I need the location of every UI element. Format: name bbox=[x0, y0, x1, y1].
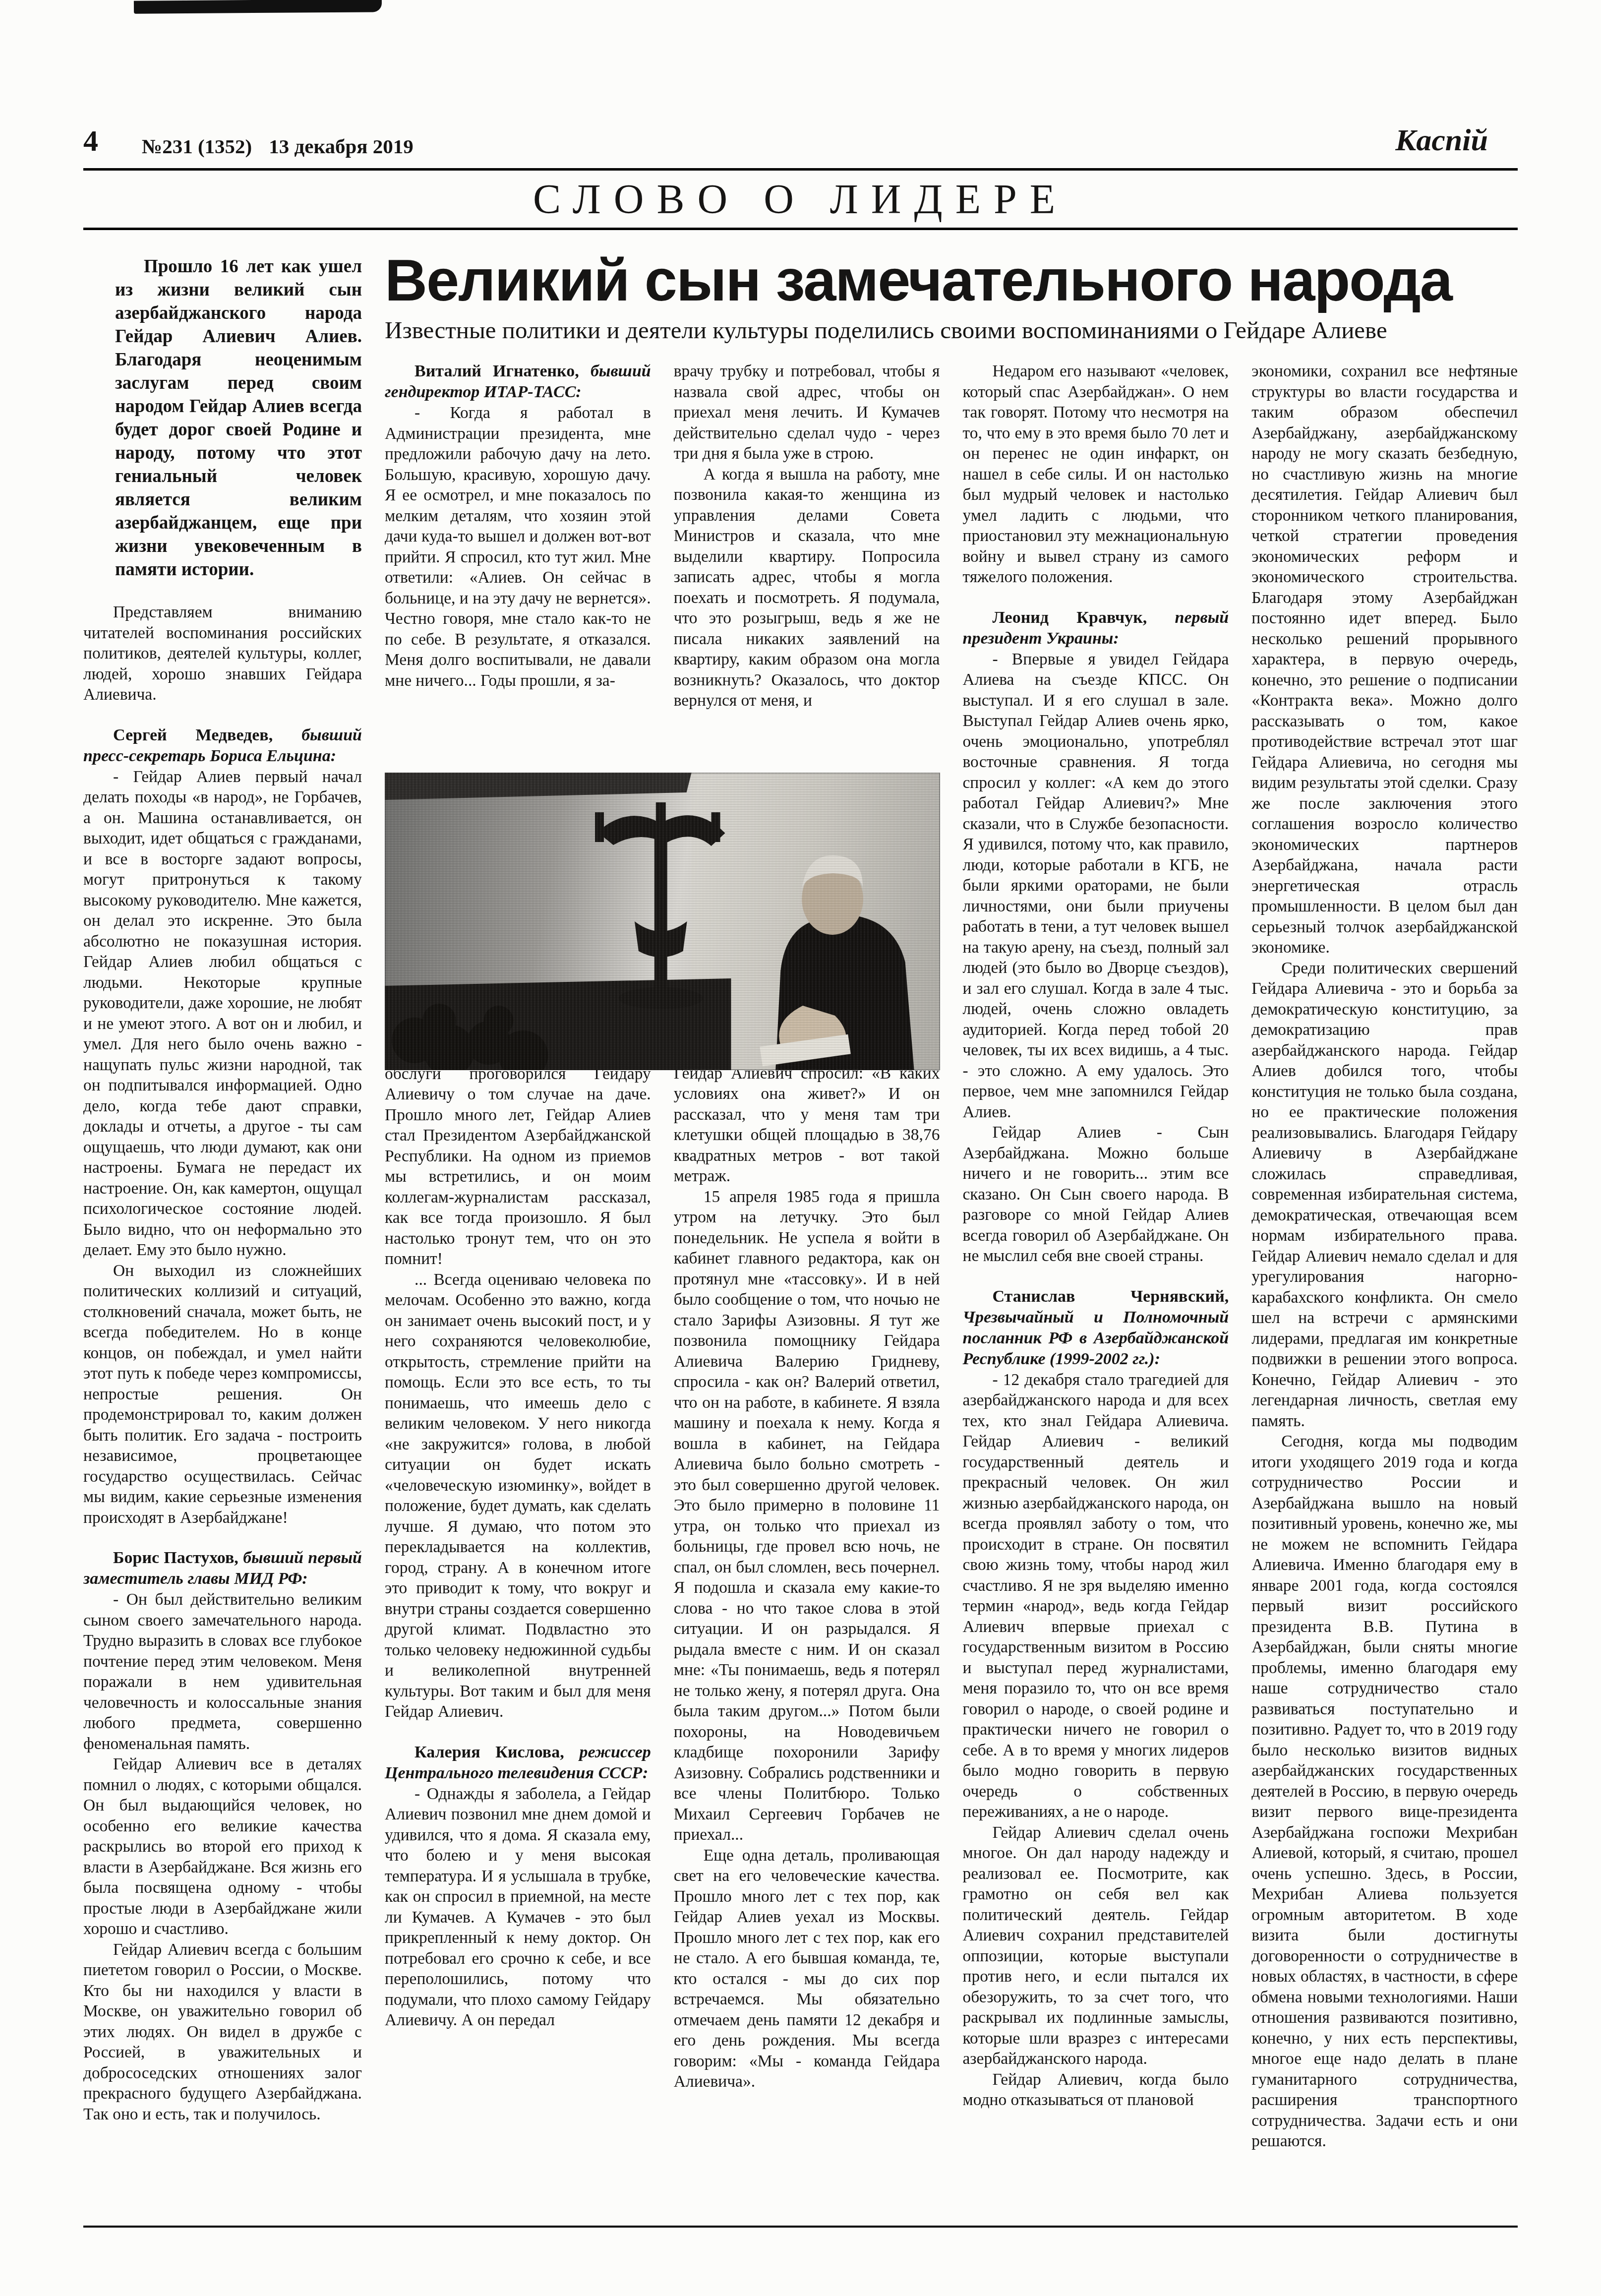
kislova-paragraph: - Однажды я заболела, а Гейдар Алиевич п… bbox=[385, 1784, 651, 2031]
speaker-kravchuk: Леонид Кравчук, первый президент Украины… bbox=[963, 607, 1229, 649]
speaker-name: Виталий Игнатенко, bbox=[415, 362, 579, 380]
speaker-name: Борис Пастухов, bbox=[113, 1549, 238, 1567]
chernyavsky-paragraph-continued: экономики, сохранил все нефтяные структу… bbox=[1251, 361, 1518, 958]
chernyavsky-paragraph: Сегодня, когда мы подводим итоги уходяще… bbox=[1251, 1431, 1518, 2152]
page-content: Прошло 16 лет как ушел из жизни великий … bbox=[83, 238, 1518, 2202]
pastukhov-paragraph: Гейдар Алиевич все в деталях помнил о лю… bbox=[83, 1754, 362, 1939]
speaker-kislova: Калерия Кислова, режиссер Центрального т… bbox=[385, 1742, 651, 1784]
pastukhov-paragraph: Гейдар Алиевич всегда с большим пиететом… bbox=[83, 1939, 362, 2125]
speaker-ignatenko: Виталий Игнатенко, бывший гендиректор ИТ… bbox=[385, 361, 651, 403]
sidebar-column: Прошло 16 лет как ушел из жизни великий … bbox=[83, 238, 362, 2202]
speaker-name: Леонид Кравчук, bbox=[993, 608, 1147, 627]
speaker-role: Чрезвычайный и Полномочный посланник РФ … bbox=[963, 1308, 1229, 1368]
photo-grain-overlay bbox=[385, 773, 940, 1070]
issue-number: №231 (1352) bbox=[142, 134, 252, 158]
section-title: СЛОВО О ЛИДЕРЕ bbox=[83, 176, 1518, 224]
scan-artifact bbox=[134, 0, 382, 14]
pastukhov-paragraph: - Он был действительно великим сыном сво… bbox=[83, 1589, 362, 1754]
medvedev-paragraph: Он выходил из сложнейших политических ко… bbox=[83, 1261, 362, 1528]
newspaper-masthead: Каспій bbox=[1395, 123, 1518, 158]
article-subtitle: Известные политики и деятели культуры по… bbox=[385, 316, 1518, 344]
article-photo bbox=[385, 773, 940, 1070]
speaker-pastukhov: Борис Пастухов, бывший первый заместител… bbox=[83, 1548, 362, 1589]
article-column-2: врачу трубку и потребовал, чтобы я назва… bbox=[674, 361, 940, 2152]
page-number: 4 bbox=[83, 124, 98, 158]
chernyavsky-paragraph: Гейдар Алиевич сделал очень многое. Он д… bbox=[963, 1822, 1229, 2069]
article-headline: Великий сын замечательного народа bbox=[385, 250, 1518, 311]
ignatenko-paragraph: - Когда я работал в Администрации презид… bbox=[385, 403, 651, 691]
ignatenko-paragraph-continued: был об этом. Кто-то из дачной обслуги пр… bbox=[385, 1043, 651, 1269]
speaker-chernyavsky: Станислав Чернявский, Чрезвычайный и Пол… bbox=[963, 1286, 1229, 1370]
chernyavsky-paragraph: - 12 декабря стало трагедией для азербай… bbox=[963, 1370, 1229, 1822]
issue-date: 13 декабря 2019 bbox=[269, 134, 413, 158]
kislova-paragraph-continued: Гейдар Алиевич спросил: «В каких условия… bbox=[674, 1063, 940, 1187]
article-columns: Виталий Игнатенко, бывший гендиректор ИТ… bbox=[385, 361, 1518, 2152]
medvedev-paragraph: - Гейдар Алиев первый начал делать поход… bbox=[83, 767, 362, 1261]
kislova-paragraph-continued: врачу трубку и потребовал, чтобы я назва… bbox=[674, 361, 940, 464]
speaker-name: Сергей Медведев, bbox=[113, 726, 273, 744]
main-article: Великий сын замечательного народа Извест… bbox=[385, 238, 1518, 2202]
intro-paragraph: Представляем вниманию читателей воспомин… bbox=[83, 602, 362, 705]
section-rule bbox=[83, 228, 1518, 230]
kislova-paragraph: А когда я вышла на работу, мне позвонила… bbox=[674, 464, 940, 711]
speaker-name: Станислав Чернявский, bbox=[993, 1287, 1229, 1306]
speaker-medvedev: Сергей Медведев, бывший пресс-секретарь … bbox=[83, 725, 362, 767]
article-column-3: Недаром его называют «человек, который с… bbox=[963, 361, 1229, 2152]
chernyavsky-paragraph: Среди политических свершений Гейдара Али… bbox=[1251, 958, 1518, 1432]
speaker-name: Калерия Кислова, bbox=[415, 1743, 564, 1761]
kislova-paragraph: Еще одна деталь, проливающая свет на его… bbox=[674, 1845, 940, 2092]
page-bottom-rule bbox=[83, 2226, 1518, 2228]
page-header: 4 №231 (1352) 13 декабря 2019 Каспій bbox=[83, 0, 1518, 158]
tribute-paragraph: Недаром его называют «человек, который с… bbox=[963, 361, 1229, 588]
chernyavsky-paragraph: Гейдар Алиевич, когда было модно отказыв… bbox=[963, 2069, 1229, 2111]
kravchuk-paragraph: Гейдар Алиев - Сын Азербайджана. Можно б… bbox=[963, 1122, 1229, 1267]
newspaper-page: 4 №231 (1352) 13 декабря 2019 Каспій СЛО… bbox=[0, 0, 1601, 2296]
header-rule bbox=[83, 168, 1518, 171]
lead-paragraph: Прошло 16 лет как ушел из жизни великий … bbox=[83, 255, 362, 581]
kislova-paragraph: 15 апреля 1985 года я пришла утром на ле… bbox=[674, 1187, 940, 1845]
article-column-4: экономики, сохранил все нефтяные структу… bbox=[1251, 361, 1518, 2152]
ignatenko-paragraph: ... Всегда оцениваю человека по мелочам.… bbox=[385, 1269, 651, 1722]
kravchuk-paragraph: - Впервые я увидел Гейдара Алиева на съе… bbox=[963, 649, 1229, 1123]
article-column-1: Виталий Игнатенко, бывший гендиректор ИТ… bbox=[385, 361, 651, 2152]
